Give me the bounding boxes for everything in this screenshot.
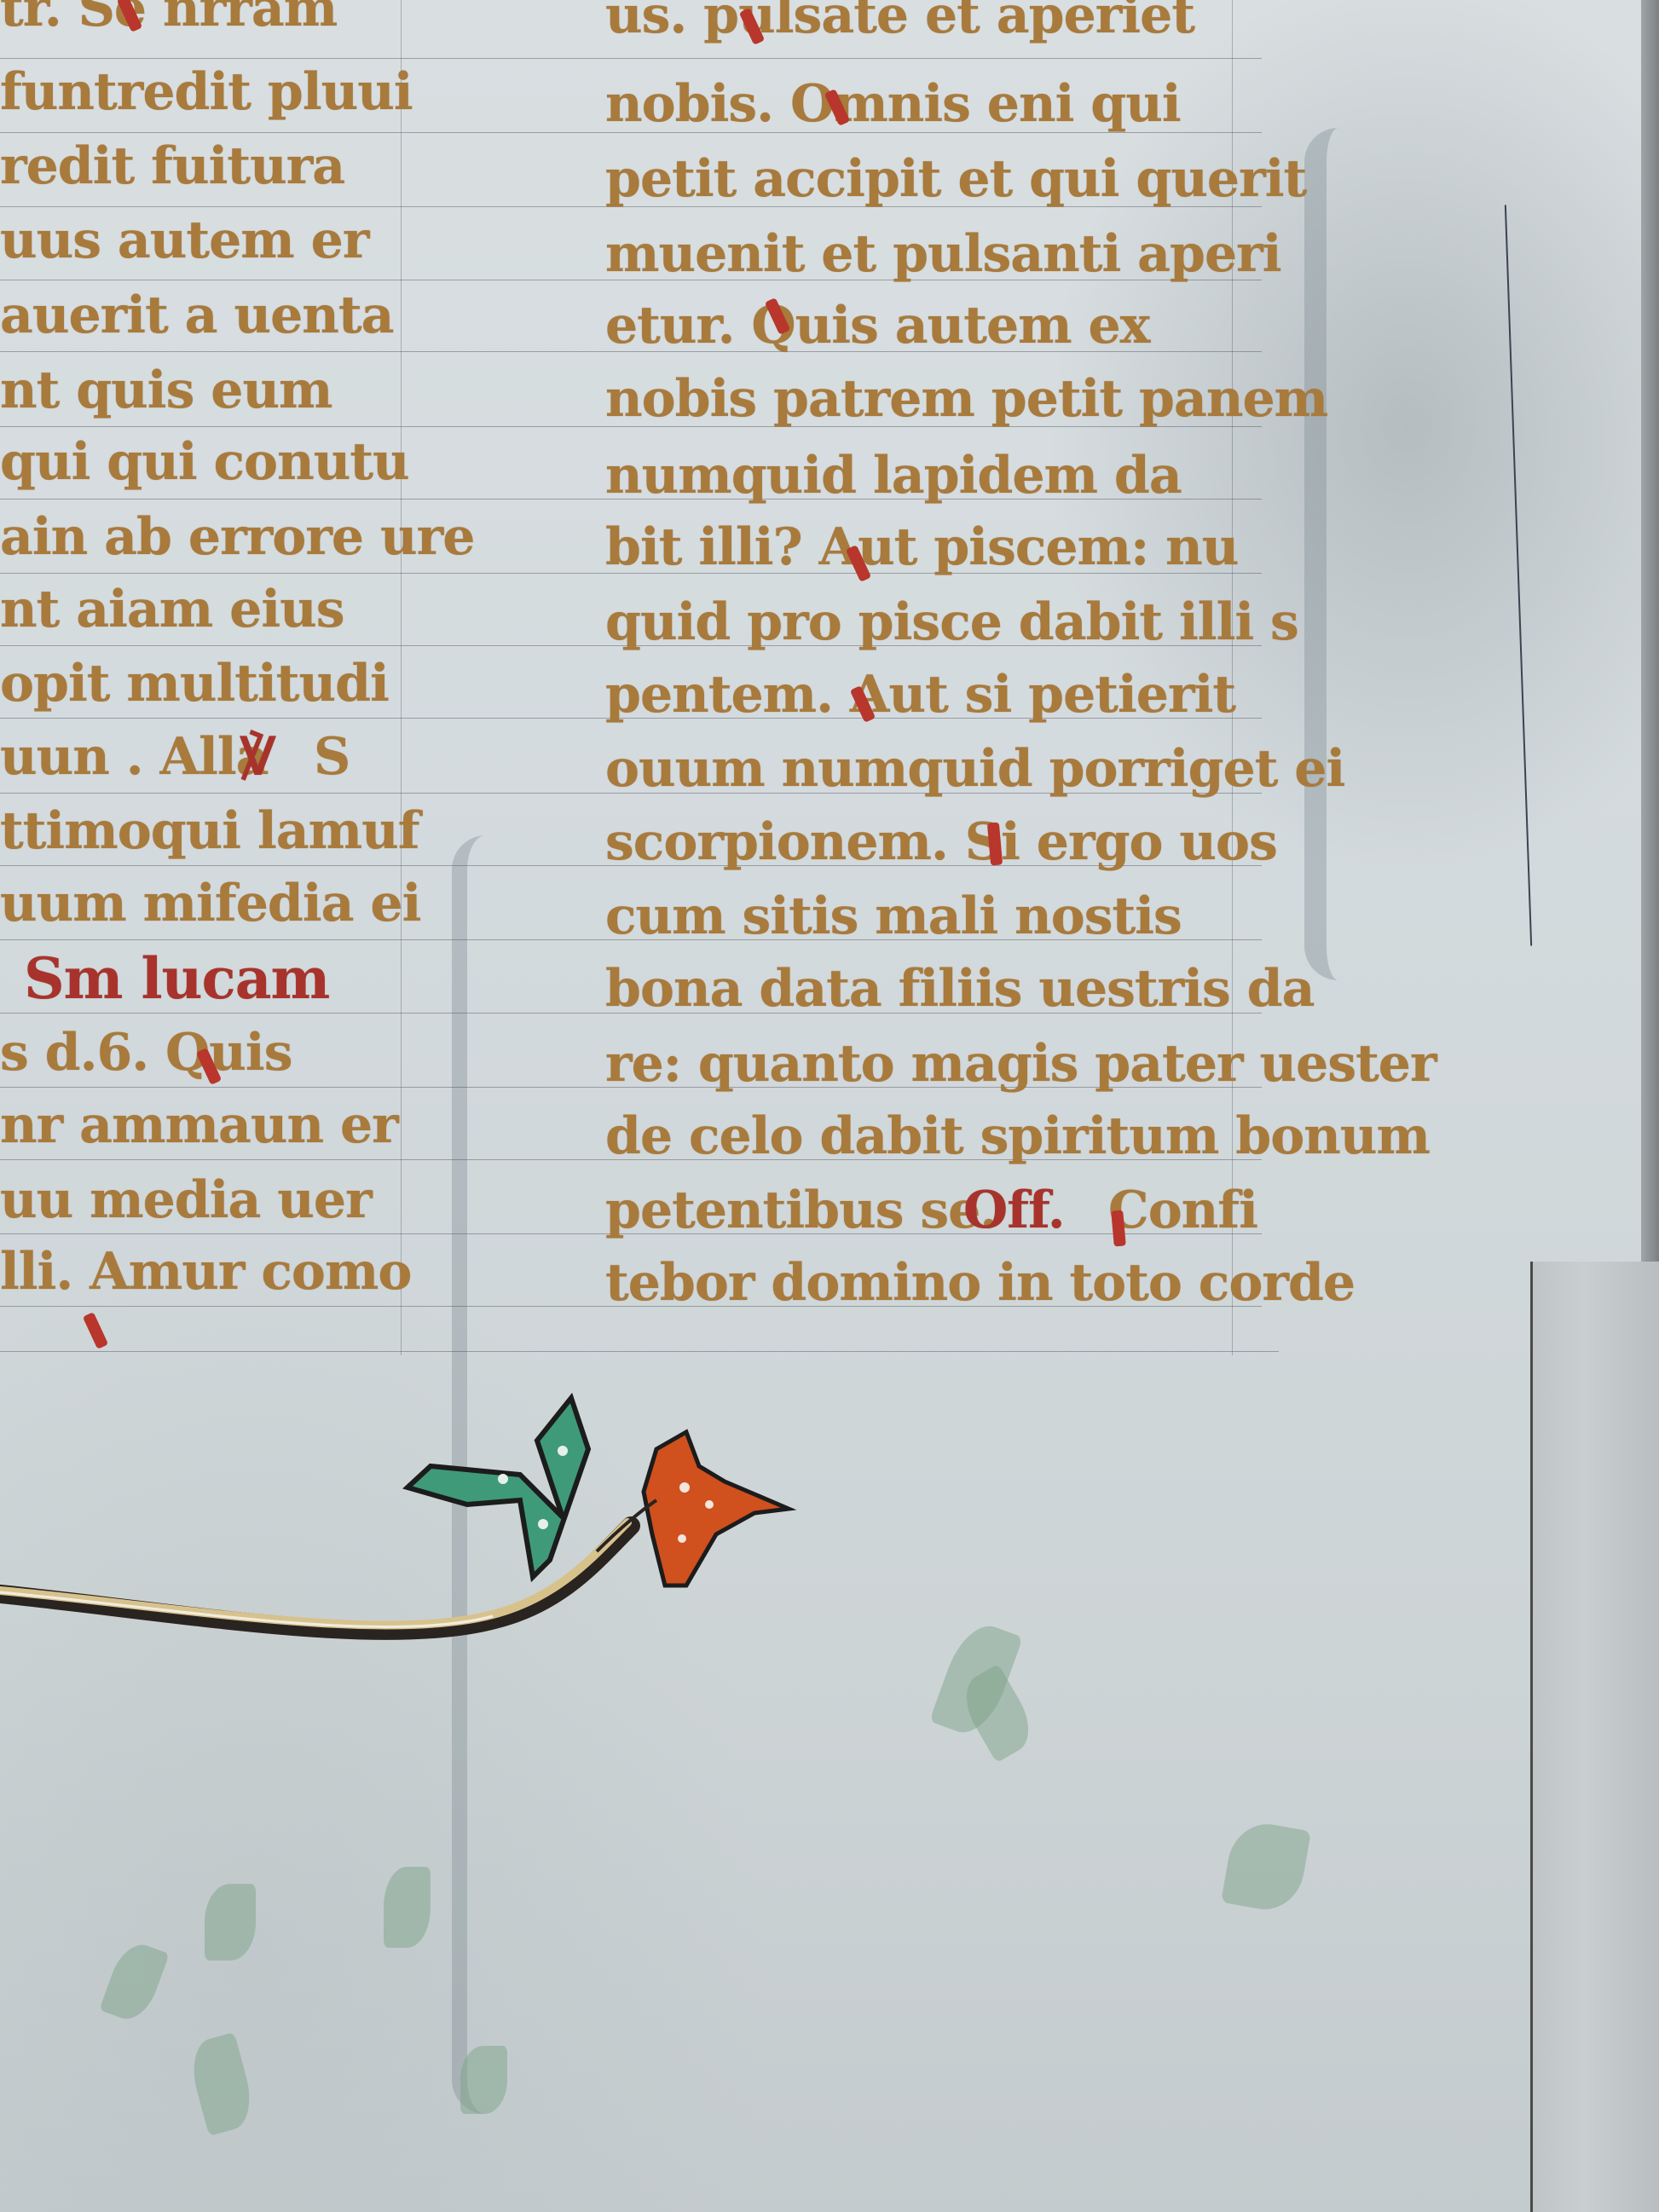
green-leaf-icon [408, 1398, 588, 1577]
manuscript-page: tr. Se nrram funtredit pluui redit fuitu… [0, 0, 1659, 2212]
vine-decoration [0, 0, 1659, 2212]
orange-bud-icon [644, 1432, 789, 1585]
